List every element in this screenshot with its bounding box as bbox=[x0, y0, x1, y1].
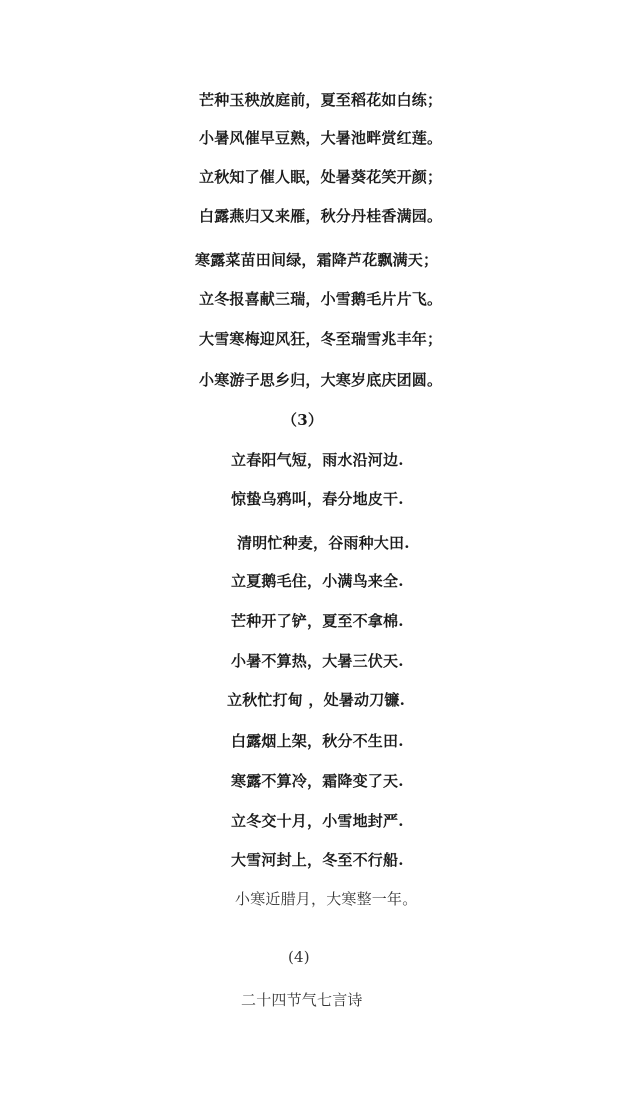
poem-line: 立春阳气短，雨水沿河边. bbox=[231, 450, 404, 470]
section-heading: （3） bbox=[282, 410, 323, 430]
section-title: 二十四节气七言诗 bbox=[241, 990, 363, 1010]
poem-line: 小寒游子思乡归，大寒岁底庆团圆。 bbox=[199, 370, 442, 390]
poem-line: 立秋知了催人眠，处暑葵花笑开颜； bbox=[199, 167, 442, 187]
poem-line: 芒种开了铲，夏至不拿棉. bbox=[231, 611, 404, 631]
poem-line: 大雪河封上，冬至不行船. bbox=[231, 850, 404, 870]
section-heading: (4) bbox=[288, 947, 310, 967]
poem-line: 小寒近腊月，大寒整一年。 bbox=[235, 889, 417, 909]
poem-line: 小暑风催早豆熟，大暑池畔赏红莲。 bbox=[199, 128, 442, 148]
poem-line: 大雪寒梅迎风狂，冬至瑞雪兆丰年； bbox=[199, 329, 442, 349]
poem-line: 寒露不算冷，霜降变了天. bbox=[231, 771, 404, 791]
poem-line: 立夏鹅毛住，小满鸟来全. bbox=[231, 571, 404, 591]
poem-line: 寒露菜苗田间绿，霜降芦花飘满天； bbox=[195, 250, 438, 270]
poem-line: 小暑不算热，大暑三伏天. bbox=[231, 651, 404, 671]
poem-line: 清明忙种麦，谷雨种大田. bbox=[237, 533, 410, 553]
poem-line: 白露燕归又来雁，秋分丹桂香满园。 bbox=[199, 206, 442, 226]
poem-line: 立秋忙打甸 ，处暑动刀镰. bbox=[227, 690, 405, 710]
poem-line: 立冬报喜献三瑞，小雪鹅毛片片飞。 bbox=[199, 289, 442, 309]
poem-line: 惊蛰乌鸦叫，春分地皮干. bbox=[231, 489, 404, 509]
poem-line: 立冬交十月，小雪地封严. bbox=[231, 811, 404, 831]
poem-line: 芒种玉秧放庭前，夏至稻花如白练； bbox=[199, 90, 442, 110]
poem-line: 白露烟上架，秋分不生田. bbox=[231, 731, 404, 751]
